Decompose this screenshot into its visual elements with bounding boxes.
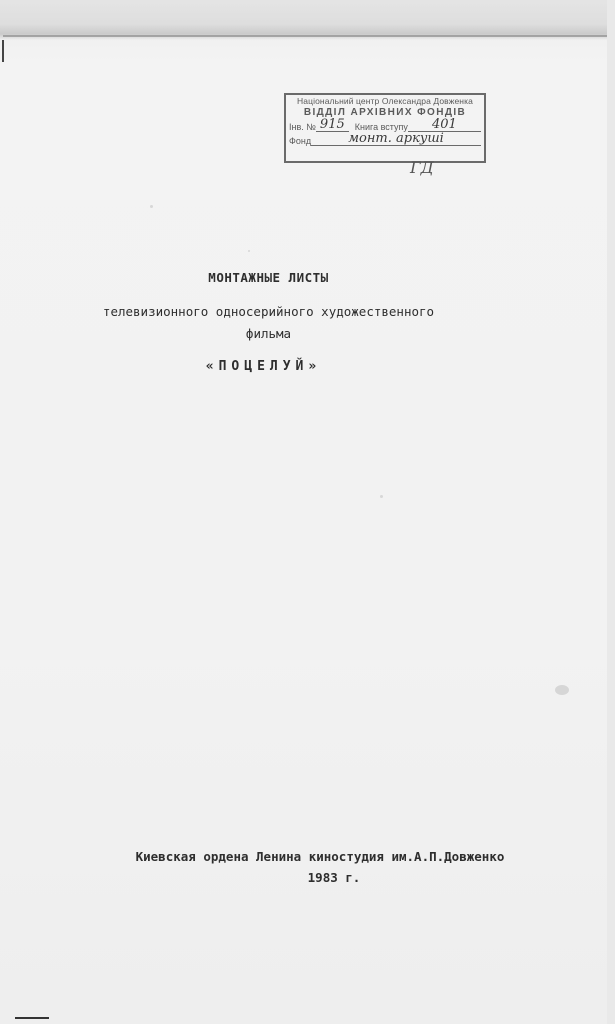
scan-top-edge-line [3,35,607,37]
stamp-fund-label: Фонд [289,136,311,146]
ink-smudge [555,685,569,695]
document-subtitle-line2: фильма [0,326,537,341]
scan-right-edge [607,0,615,1024]
ink-speck [380,495,383,498]
stamp-fund-value: монт. аркуші [311,133,481,146]
ink-speck [248,250,250,252]
handwritten-mark: ГД [410,158,434,177]
ink-speck [150,205,153,208]
stamp-fund-row: Фонд монт. аркуші [289,133,481,146]
stamp-inventory-number: 915 [316,119,349,132]
scan-top-edge [0,0,607,40]
document-page: Національний центр Олександра Довженка В… [0,0,615,1024]
document-title: МОНТАЖНЫЕ ЛИСТЫ [0,270,537,285]
stamp-inventory-label: Інв. № [289,122,316,132]
scan-left-edge-mark [2,40,4,62]
studio-name: Киевская ордена Ленина киностудия им.А.П… [100,849,540,864]
scan-bottom-mark [15,1017,49,1019]
document-subtitle-line1: телевизионного односерийного художествен… [0,304,537,319]
archive-stamp: Національний центр Олександра Довженка В… [284,93,486,163]
document-year: 1983 г. [100,870,540,885]
stamp-institution: Національний центр Олександра Довженка [289,96,481,106]
film-name: «ПОЦЕЛУЙ» [0,359,527,374]
